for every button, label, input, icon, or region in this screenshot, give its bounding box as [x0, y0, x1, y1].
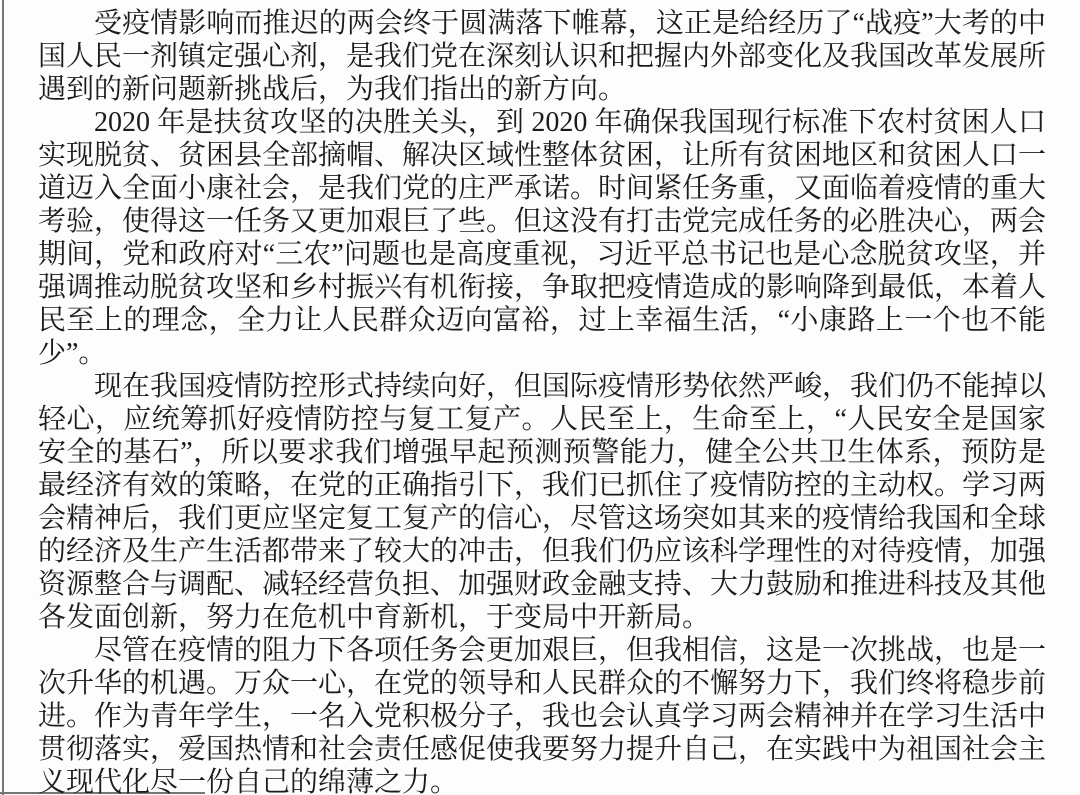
- paragraph-3: 现在我国疫情防控形式持续向好，但国际疫情形势依然严峻，我们仍不能掉以轻心，应统筹…: [38, 370, 1046, 634]
- page-left-border-line: [2, 0, 4, 795]
- paragraph-2: 2020 年是扶贫攻坚的决胜关头，到 2020 年确保我国现行标准下农村贫困人口…: [38, 106, 1046, 370]
- paragraph-1: 受疫情影响而推迟的两会终于圆满落下帷幕，这正是给经历了“战疫”大考的中国人民一剂…: [38, 7, 1046, 106]
- document-page: 受疫情影响而推迟的两会终于圆满落下帷幕，这正是给经历了“战疫”大考的中国人民一剂…: [0, 0, 1080, 795]
- document-text-block: 受疫情影响而推迟的两会终于圆满落下帷幕，这正是给经历了“战疫”大考的中国人民一剂…: [38, 7, 1046, 795]
- paragraph-4: 尽管在疫情的阻力下各项任务会更加艰巨，但我相信，这是一次挑战，也是一次升华的机遇…: [38, 634, 1046, 795]
